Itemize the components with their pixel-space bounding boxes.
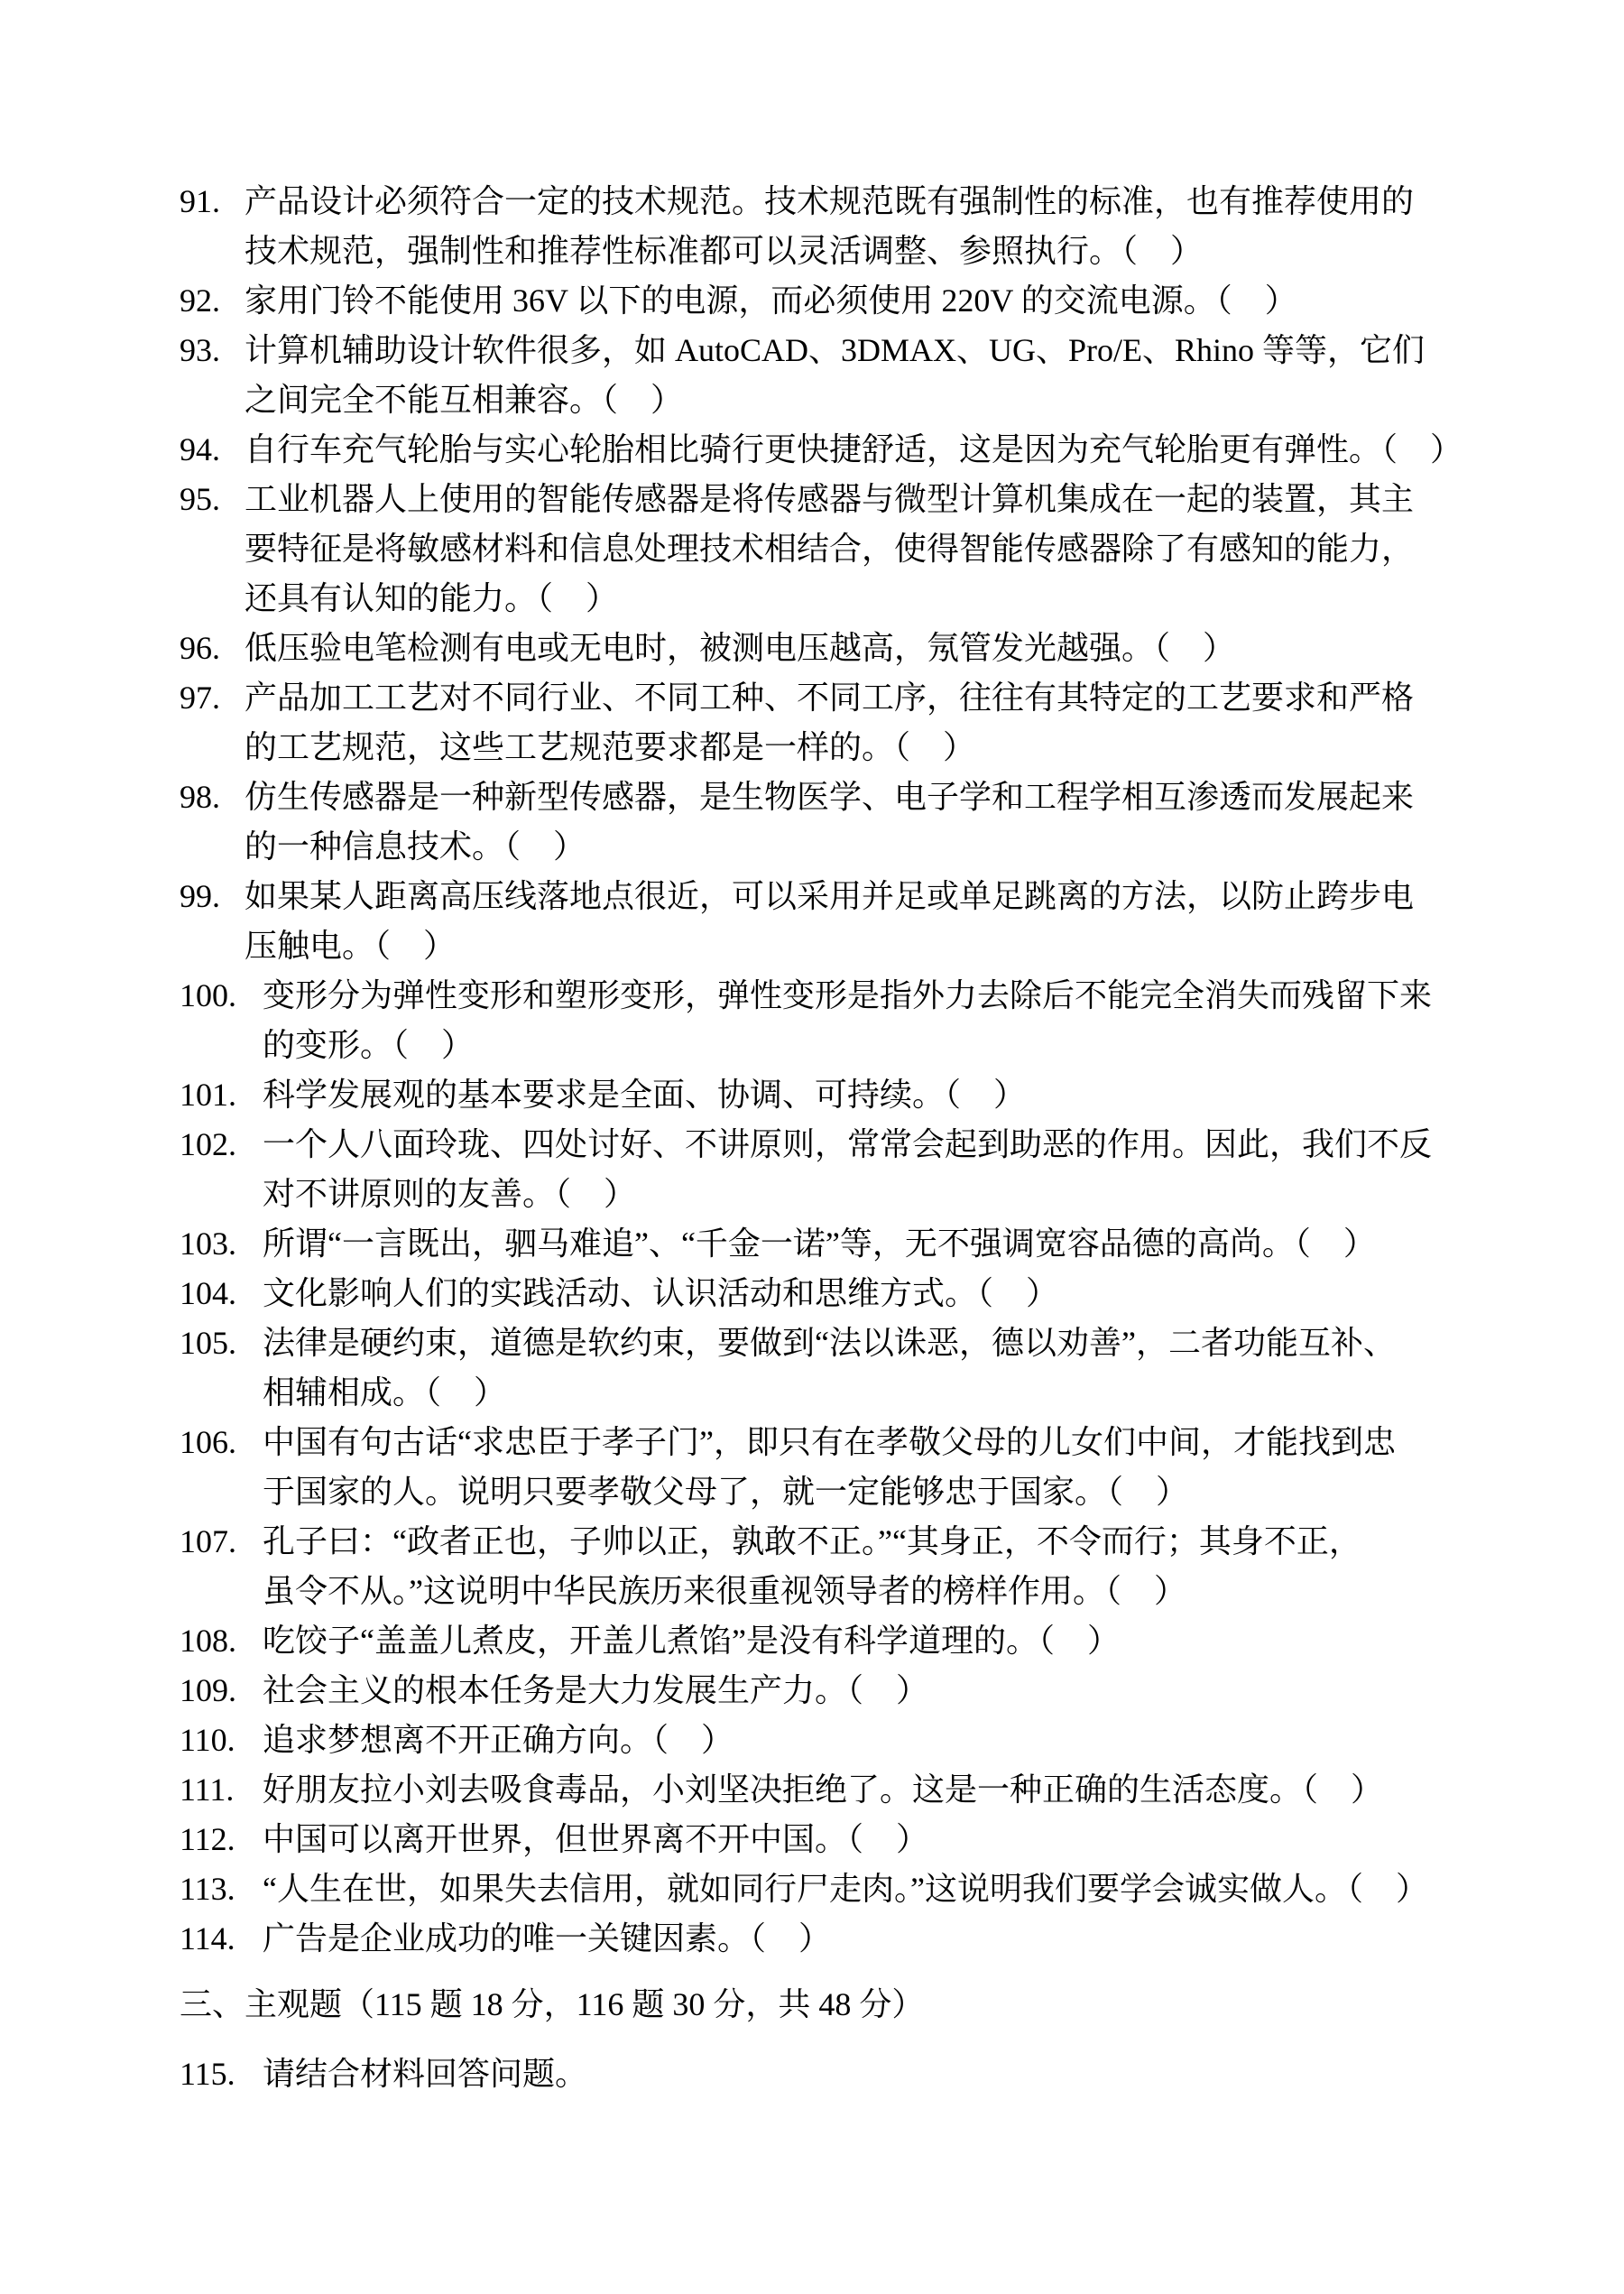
question-104: 104. 文化影响人们的实践活动、认识活动和思维方式。（ ） xyxy=(180,1269,1473,1318)
question-111: 111. 好朋友拉小刘去吸食毒品，小刘坚决拒绝了。这是一种正确的生活态度。（ ） xyxy=(180,1765,1473,1815)
question-text: 所谓“一言既出，驷马难追”、“千金一诺”等，无不强调宽容品德的高尚。（ ） xyxy=(263,1226,1376,1262)
question-94: 94. 自行车充气轮胎与实心轮胎相比骑行更快捷舒适，这是因为充气轮胎更有弹性。（… xyxy=(180,425,1473,475)
question-number: 107. xyxy=(180,1517,236,1567)
question-text: 好朋友拉小刘去吸食毒品，小刘坚决拒绝了。这是一种正确的生活态度。（ ） xyxy=(263,1771,1383,1808)
question-113: 113. “人生在世，如果失去信用，就如同行尸走肉。”这说明我们要学会诚实做人。… xyxy=(180,1864,1473,1914)
question-number: 109. xyxy=(180,1666,236,1716)
question-102: 102. 一个人八面玲珑、四处讨好、不讲原则，常常会起到助恶的作用。因此，我们不… xyxy=(180,1120,1473,1219)
question-number: 114. xyxy=(180,1914,235,1964)
question-106: 106. 中国有句古话“求忠臣于孝子门”，即只有在孝敬父母的儿女们中间，才能找到… xyxy=(180,1418,1473,1517)
question-text: 产品设计必须符合一定的技术规范。技术规范既有强制性的标准，也有推荐使用的 技术规… xyxy=(245,183,1414,269)
question-101: 101. 科学发展观的基本要求是全面、协调、可持续。（ ） xyxy=(180,1070,1473,1120)
question-115: 115. 请结合材料回答问题。 xyxy=(180,2049,1473,2099)
question-text: 广告是企业成功的唯一关键因素。（ ） xyxy=(263,1920,831,1956)
question-text: 计算机辅助设计软件很多，如 AutoCAD、3DMAX、UG、Pro/E、Rhi… xyxy=(245,332,1425,418)
section-3-header: 三、主观题（115 题 18 分，116 题 30 分，共 48 分） xyxy=(180,1980,1473,2030)
question-107: 107. 孔子曰：“政者正也，子帅以正，孰敢不正。”“其身正，不令而行；其身不正… xyxy=(180,1517,1473,1616)
question-text: 追求梦想离不开正确方向。（ ） xyxy=(263,1722,734,1758)
question-text: 一个人八面玲珑、四处讨好、不讲原则，常常会起到助恶的作用。因此，我们不反 对不讲… xyxy=(263,1126,1432,1212)
question-number: 93. xyxy=(180,326,220,375)
question-text: 仿生传感器是一种新型传感器，是生物医学、电子学和工程学相互渗透而发展起来 的一种… xyxy=(245,779,1414,865)
question-100: 100. 变形分为弹性变形和塑形变形，弹性变形是指外力去除后不能完全消失而残留下… xyxy=(180,971,1473,1070)
question-99: 99. 如果某人距离高压线落地点很近，可以采用并足或单足跳离的方法，以防止跨步电… xyxy=(180,872,1473,971)
question-number: 102. xyxy=(180,1120,236,1170)
question-text: 家用门铃不能使用 36V 以下的电源，而必须使用 220V 的交流电源。（ ） xyxy=(245,282,1297,319)
question-text: “人生在世，如果失去信用，就如同行尸走肉。”这说明我们要学会诚实做人。（ ） xyxy=(263,1871,1428,1907)
question-number: 98. xyxy=(180,772,220,822)
question-93: 93. 计算机辅助设计软件很多，如 AutoCAD、3DMAX、UG、Pro/E… xyxy=(180,326,1473,425)
question-96: 96. 低压验电笔检测有电或无电时，被测电压越高，氖管发光越强。（ ） xyxy=(180,624,1473,673)
question-number: 111. xyxy=(180,1765,234,1815)
question-number: 108. xyxy=(180,1616,236,1666)
question-text: 如果某人距离高压线落地点很近，可以采用并足或单足跳离的方法，以防止跨步电 压触电… xyxy=(245,878,1414,964)
question-number: 104. xyxy=(180,1269,236,1318)
question-number: 95. xyxy=(180,475,220,524)
question-number: 92. xyxy=(180,276,220,326)
question-95: 95. 工业机器人上使用的智能传感器是将传感器与微型计算机集成在一起的装置，其主… xyxy=(180,475,1473,624)
question-112: 112. 中国可以离开世界，但世界离不开中国。（ ） xyxy=(180,1815,1473,1864)
question-text: 自行车充气轮胎与实心轮胎相比骑行更快捷舒适，这是因为充气轮胎更有弹性。（ ） xyxy=(245,431,1463,467)
question-number: 94. xyxy=(180,425,220,475)
question-number: 113. xyxy=(180,1864,235,1914)
question-text: 中国有句古话“求忠臣于孝子门”，即只有在孝敬父母的儿女们中间，才能找到忠 于国家… xyxy=(263,1424,1396,1510)
document-page: 91. 产品设计必须符合一定的技术规范。技术规范既有强制性的标准，也有推荐使用的… xyxy=(180,177,1473,2099)
question-text: 文化影响人们的实践活动、认识活动和思维方式。（ ） xyxy=(263,1275,1058,1311)
question-text: 变形分为弹性变形和塑形变形，弹性变形是指外力去除后不能完全消失而残留下来 的变形… xyxy=(263,977,1432,1063)
question-number: 115. xyxy=(180,2049,235,2099)
question-text: 孔子曰：“政者正也，子帅以正，孰敢不正。”“其身正，不令而行；其身不正， 虽令不… xyxy=(263,1523,1361,1609)
question-109: 109. 社会主义的根本任务是大力发展生产力。（ ） xyxy=(180,1666,1473,1716)
question-text: 吃饺子“盖盖儿煮皮，开盖儿煮馅”是没有科学道理的。（ ） xyxy=(263,1623,1120,1659)
question-text: 请结合材料回答问题。 xyxy=(263,2056,587,2092)
question-text: 法律是硬约束，道德是软约束，要做到“法以诛恶，德以劝善”，二者功能互补、 相辅相… xyxy=(263,1325,1396,1411)
question-105: 105. 法律是硬约束，道德是软约束，要做到“法以诛恶，德以劝善”，二者功能互补… xyxy=(180,1318,1473,1418)
question-number: 103. xyxy=(180,1219,236,1269)
question-text: 产品加工工艺对不同行业、不同工种、不同工序，往往有其特定的工艺要求和严格 的工艺… xyxy=(245,680,1414,765)
question-number: 91. xyxy=(180,177,220,227)
question-text: 科学发展观的基本要求是全面、协调、可持续。（ ） xyxy=(263,1077,1026,1113)
question-text: 低压验电笔检测有电或无电时，被测电压越高，氖管发光越强。（ ） xyxy=(245,630,1235,666)
question-number: 110. xyxy=(180,1716,235,1765)
question-number: 101. xyxy=(180,1070,236,1120)
question-number: 97. xyxy=(180,673,220,723)
question-text: 工业机器人上使用的智能传感器是将传感器与微型计算机集成在一起的装置，其主 要特征… xyxy=(245,481,1414,616)
question-110: 110. 追求梦想离不开正确方向。（ ） xyxy=(180,1716,1473,1765)
question-number: 105. xyxy=(180,1318,236,1368)
question-number: 96. xyxy=(180,624,220,673)
question-text: 中国可以离开世界，但世界离不开中国。（ ） xyxy=(263,1821,928,1857)
question-91: 91. 产品设计必须符合一定的技术规范。技术规范既有强制性的标准，也有推荐使用的… xyxy=(180,177,1473,276)
question-97: 97. 产品加工工艺对不同行业、不同工种、不同工序，往往有其特定的工艺要求和严格… xyxy=(180,673,1473,772)
question-103: 103. 所谓“一言既出，驷马难追”、“千金一诺”等，无不强调宽容品德的高尚。（… xyxy=(180,1219,1473,1269)
question-92: 92. 家用门铃不能使用 36V 以下的电源，而必须使用 220V 的交流电源。… xyxy=(180,276,1473,326)
question-108: 108. 吃饺子“盖盖儿煮皮，开盖儿煮馅”是没有科学道理的。（ ） xyxy=(180,1616,1473,1666)
question-number: 100. xyxy=(180,971,236,1021)
question-text: 社会主义的根本任务是大力发展生产力。（ ） xyxy=(263,1672,928,1708)
question-number: 112. xyxy=(180,1815,235,1864)
question-98: 98. 仿生传感器是一种新型传感器，是生物医学、电子学和工程学相互渗透而发展起来… xyxy=(180,772,1473,872)
question-number: 99. xyxy=(180,872,220,921)
question-number: 106. xyxy=(180,1418,236,1467)
question-114: 114. 广告是企业成功的唯一关键因素。（ ） xyxy=(180,1914,1473,1964)
